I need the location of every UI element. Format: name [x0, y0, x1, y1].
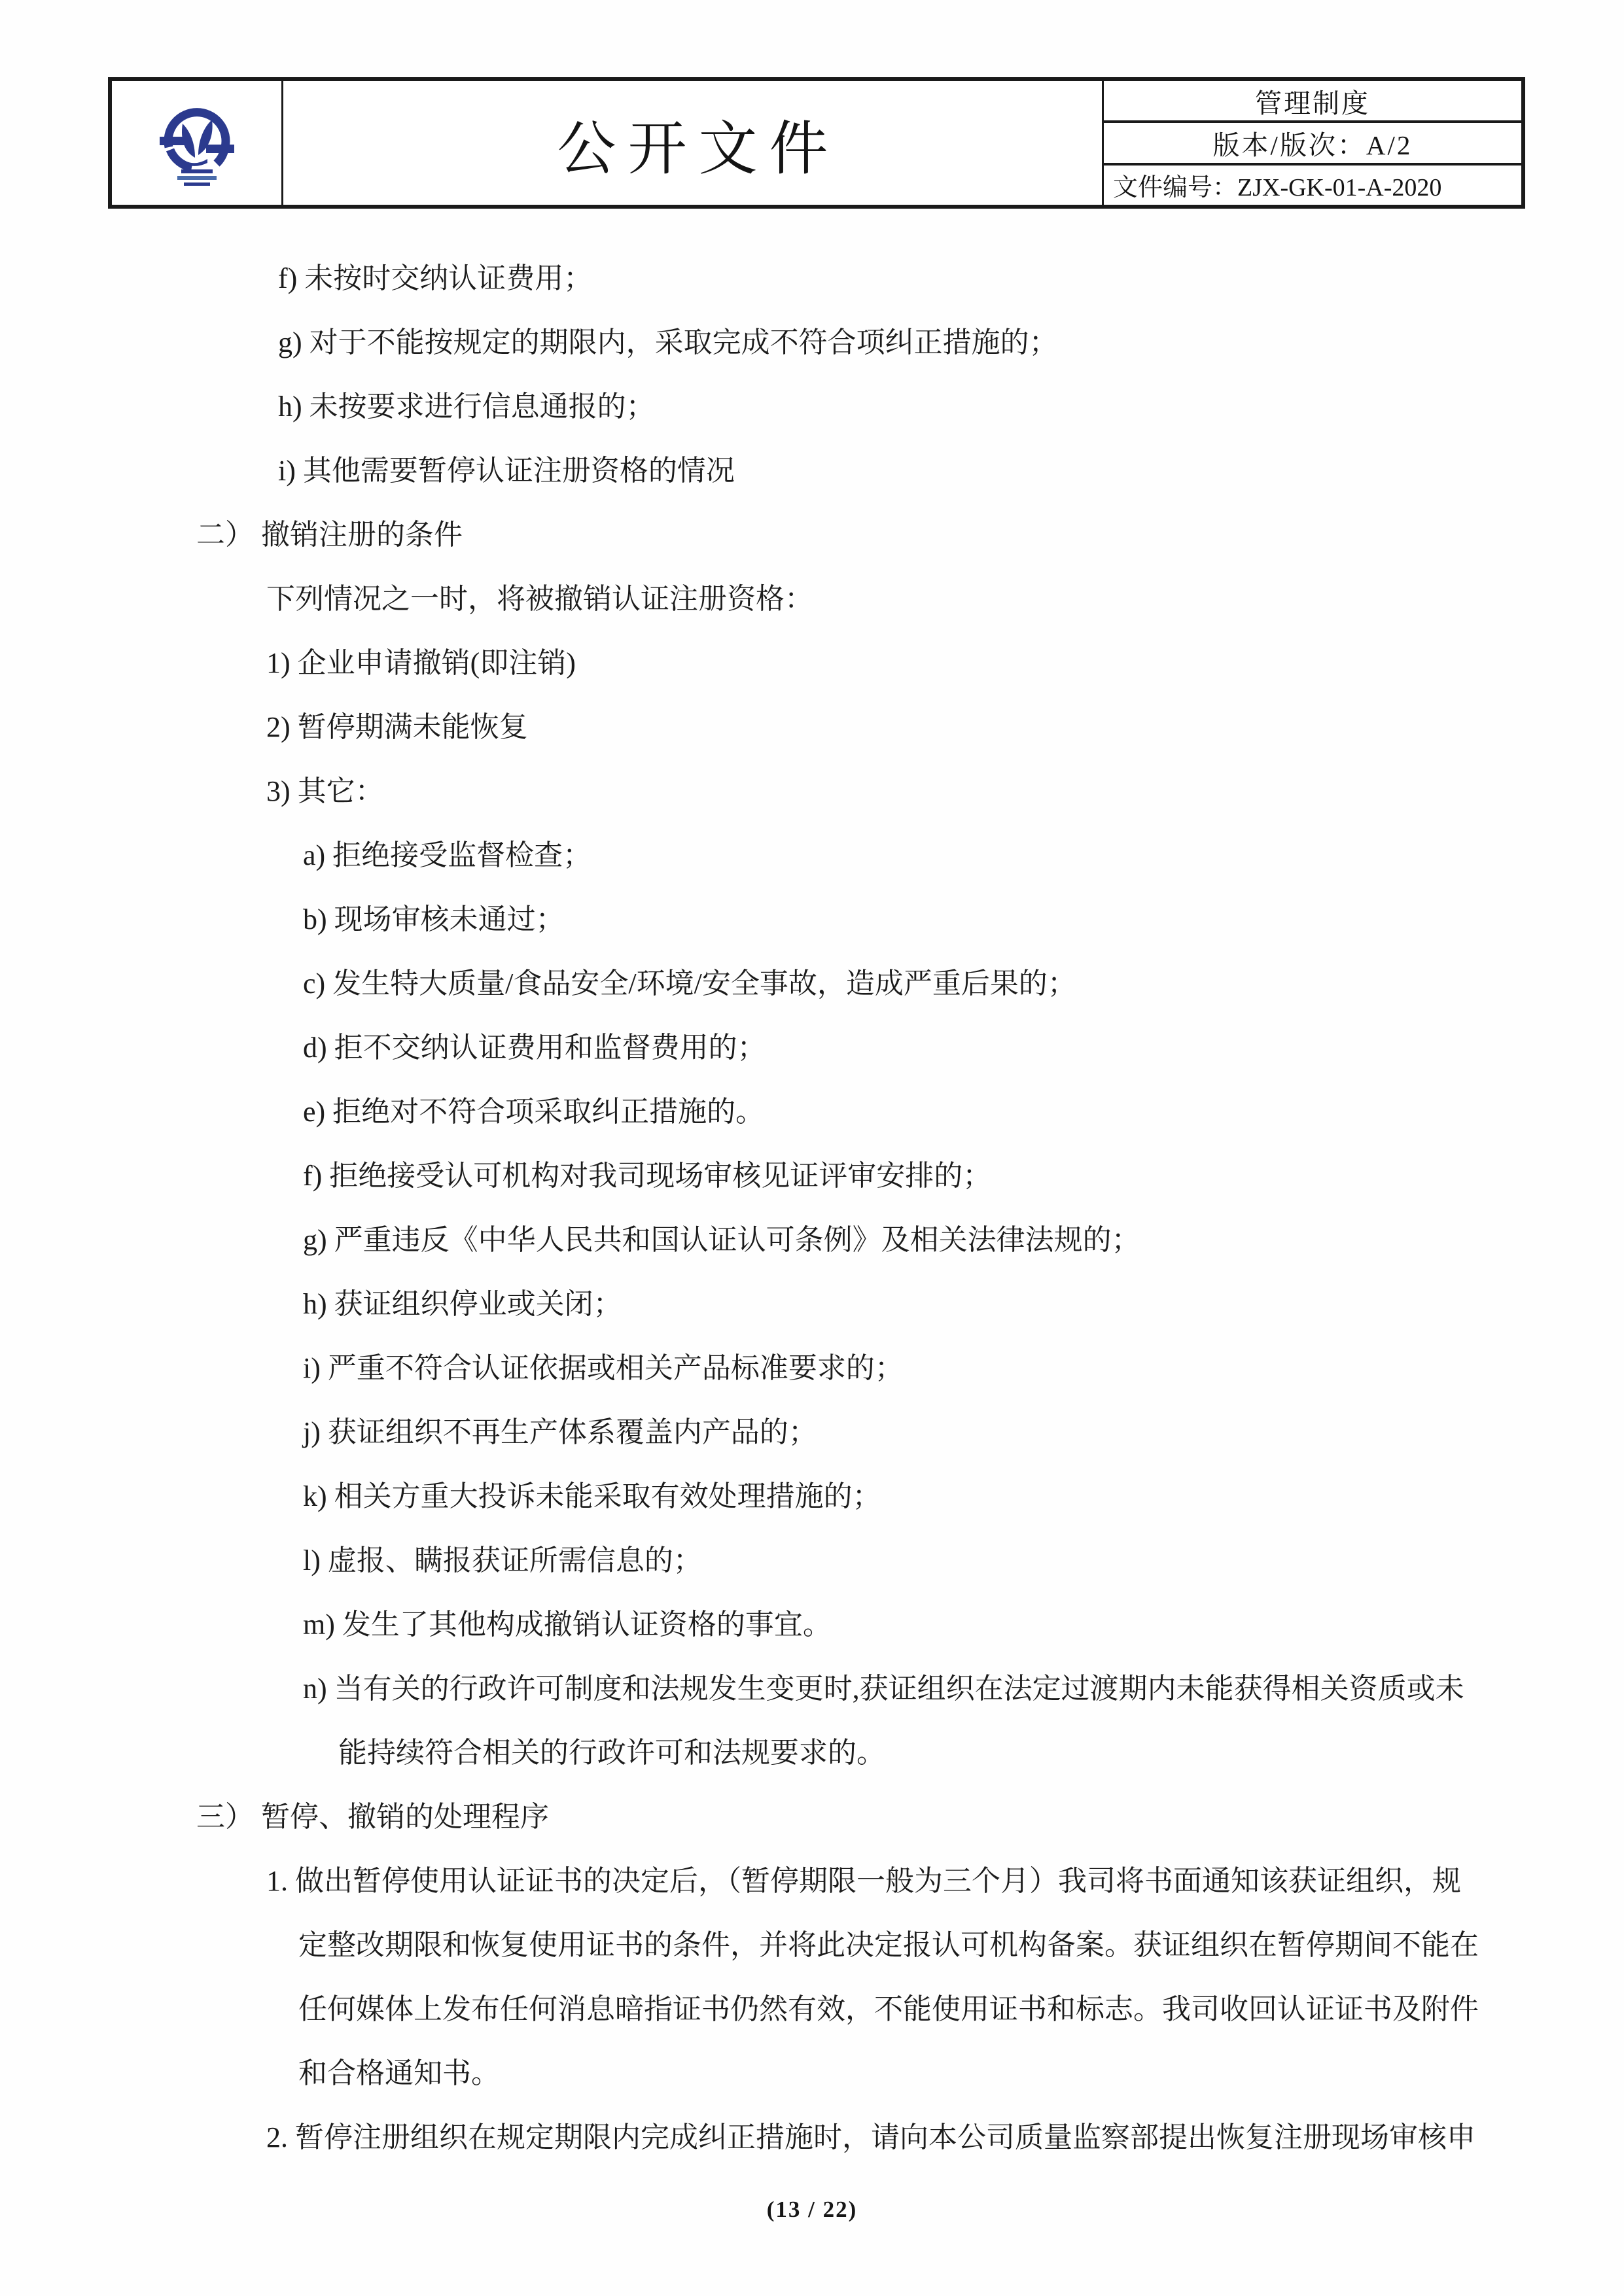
text-line: a) 拒绝接受监督检查； [108, 824, 1624, 888]
text-line: h) 获证组织停业或关闭； [108, 1272, 1624, 1336]
document-page: 公开文件 管理制度 版本/版次：A/2 文件编号：ZJX-GK-01-A-202… [0, 0, 1624, 2296]
text-line: 1. 做出暂停使用认证证书的决定后，（暂停期限一般为三个月）我司将书面通知该获证… [108, 1849, 1624, 1913]
text-line: 2. 暂停注册组织在规定期限内完成纠正措施时，请向本公司质量监察部提出恢复注册现… [108, 2106, 1624, 2170]
company-logo [158, 100, 236, 186]
text-line: 1) 企业申请撤销(即注销) [108, 631, 1624, 695]
text-line: g) 严重违反《中华人民共和国认证认可条例》及相关法律法规的； [108, 1208, 1624, 1272]
text-line: n) 当有关的行政许可制度和法规发生变更时,获证组织在法定过渡期内未能获得相关资… [108, 1657, 1624, 1721]
info-cell: 管理制度 版本/版次：A/2 文件编号：ZJX-GK-01-A-2020 [1104, 81, 1521, 205]
page-indicator: (13 / 22) [767, 2197, 858, 2222]
text-line: c) 发生特大质量/食品安全/环境/安全事故，造成严重后果的； [108, 952, 1624, 1016]
text-line: 2) 暂停期满未能恢复 [108, 695, 1624, 759]
text-line: 定整改期限和恢复使用证书的条件，并将此决定报认可机构备案。获证组织在暂停期间不能… [108, 1913, 1624, 1977]
text-line: f) 拒绝接受认可机构对我司现场审核见证评审安排的； [108, 1144, 1624, 1208]
logo-cell [112, 81, 283, 205]
title-cell: 公开文件 [283, 81, 1104, 205]
text-line: 下列情况之一时，将被撤销认证注册资格： [108, 567, 1624, 631]
text-line: i) 其他需要暂停认证注册资格的情况 [108, 439, 1624, 503]
text-line: b) 现场审核未通过； [108, 888, 1624, 952]
text-line: 任何媒体上发布任何消息暗指证书仍然有效，不能使用证书和标志。我司收回认证证书及附… [108, 1977, 1624, 2042]
document-body: f) 未按时交纳认证费用；g) 对于不能按规定的期限内，采取完成不符合项纠正措施… [0, 247, 1624, 2170]
text-line: i) 严重不符合认证依据或相关产品标准要求的； [108, 1336, 1624, 1400]
page-footer: (13 / 22) [0, 2197, 1624, 2223]
document-lines: f) 未按时交纳认证费用；g) 对于不能按规定的期限内，采取完成不符合项纠正措施… [108, 247, 1624, 2170]
text-line: g) 对于不能按规定的期限内，采取完成不符合项纠正措施的； [108, 311, 1624, 375]
header-table: 公开文件 管理制度 版本/版次：A/2 文件编号：ZJX-GK-01-A-202… [108, 77, 1525, 209]
doc-type: 管理制度 [1104, 81, 1521, 120]
text-line: e) 拒绝对不符合项采取纠正措施的。 [108, 1080, 1624, 1144]
text-line: 3) 其它： [108, 759, 1624, 824]
text-line: h) 未按要求进行信息通报的； [108, 375, 1624, 439]
text-line: j) 获证组织不再生产体系覆盖内产品的； [108, 1400, 1624, 1465]
text-line: d) 拒不交纳认证费用和监督费用的； [108, 1016, 1624, 1080]
doc-number: 文件编号：ZJX-GK-01-A-2020 [1104, 163, 1521, 205]
text-line: k) 相关方重大投诉未能采取有效处理措施的； [108, 1465, 1624, 1529]
page-title: 公开文件 [546, 101, 840, 186]
text-line: m) 发生了其他构成撤销认证资格的事宜。 [108, 1593, 1624, 1657]
doc-version: 版本/版次：A/2 [1104, 120, 1521, 162]
text-line: 和合格通知书。 [108, 2042, 1624, 2106]
text-line: 能持续符合相关的行政许可和法规要求的。 [108, 1721, 1624, 1785]
text-line: 三） 暂停、撤销的处理程序 [108, 1785, 1624, 1849]
text-line: l) 虚报、瞒报获证所需信息的； [108, 1529, 1624, 1593]
text-line: 二） 撤销注册的条件 [108, 503, 1624, 567]
text-line: f) 未按时交纳认证费用； [108, 247, 1624, 311]
